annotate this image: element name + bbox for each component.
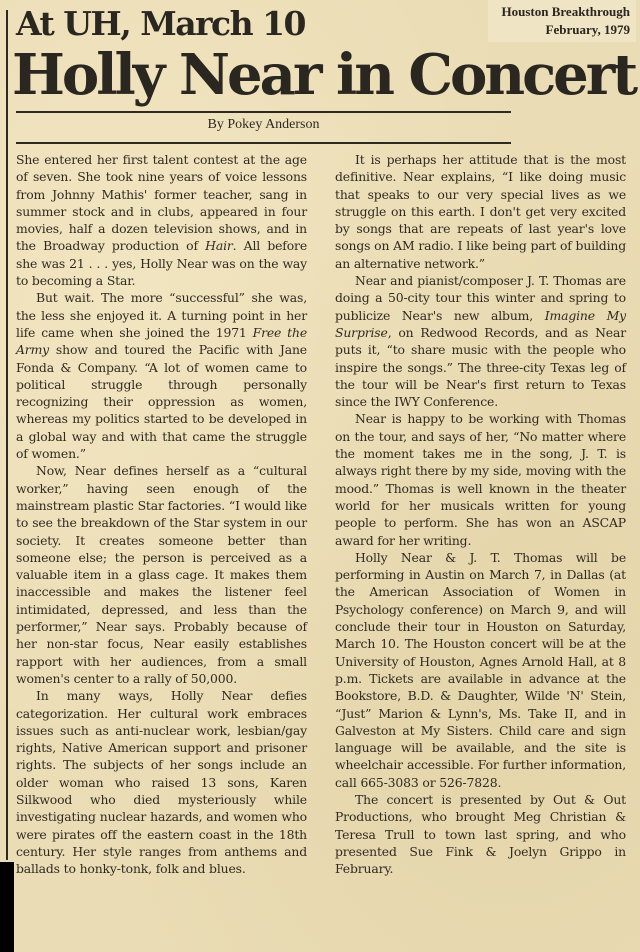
article-paragraph: It is perhaps her attitude that is the m… [335, 151, 626, 272]
article-paragraph: In many ways, Holly Near defies categori… [16, 687, 307, 877]
article-paragraph: Near is happy to be working with Thomas … [335, 410, 626, 548]
text-run: Now, Near defines herself as a “cultural… [16, 463, 307, 686]
article-column-right: It is perhaps her attitude that is the m… [335, 151, 626, 877]
scan-corner-shadow [0, 862, 14, 952]
source-stamp: Houston Breakthrough February, 1979 [488, 0, 636, 42]
text-run: The concert is presented by Out & Out Pr… [335, 792, 626, 876]
article-paragraph: She entered her first talent contest at … [16, 151, 307, 289]
headline: Holly Near in Concert [12, 42, 635, 108]
article-paragraph: Near and pianist/composer J. T. Thomas a… [335, 272, 626, 410]
article-paragraph: But wait. The more “successful” she was,… [16, 289, 307, 462]
article-paragraph: The concert is presented by Out & Out Pr… [335, 791, 626, 877]
byline-rule-bottom [16, 142, 511, 144]
byline: By Pokey Anderson [0, 117, 527, 133]
text-run: show and toured the Pacific with Jane Fo… [16, 342, 307, 461]
left-column-rule [6, 10, 8, 860]
italic-title: Hair [205, 238, 232, 253]
article-column-left: She entered her first talent contest at … [16, 151, 307, 877]
text-run: Holly Near & J. T. Thomas will be perfor… [335, 550, 626, 790]
text-run: In many ways, Holly Near defies categori… [16, 688, 307, 876]
article-paragraph: Holly Near & J. T. Thomas will be perfor… [335, 549, 626, 791]
text-run: It is perhaps her attitude that is the m… [335, 152, 626, 271]
byline-rule-top [16, 111, 511, 113]
text-run: Near is happy to be working with Thomas … [335, 411, 626, 547]
publication-name: Houston Breakthrough [502, 3, 630, 21]
publication-date: February, 1979 [502, 21, 630, 39]
article-paragraph: Now, Near defines herself as a “cultural… [16, 462, 307, 687]
kicker: At UH, March 10 [16, 4, 305, 43]
